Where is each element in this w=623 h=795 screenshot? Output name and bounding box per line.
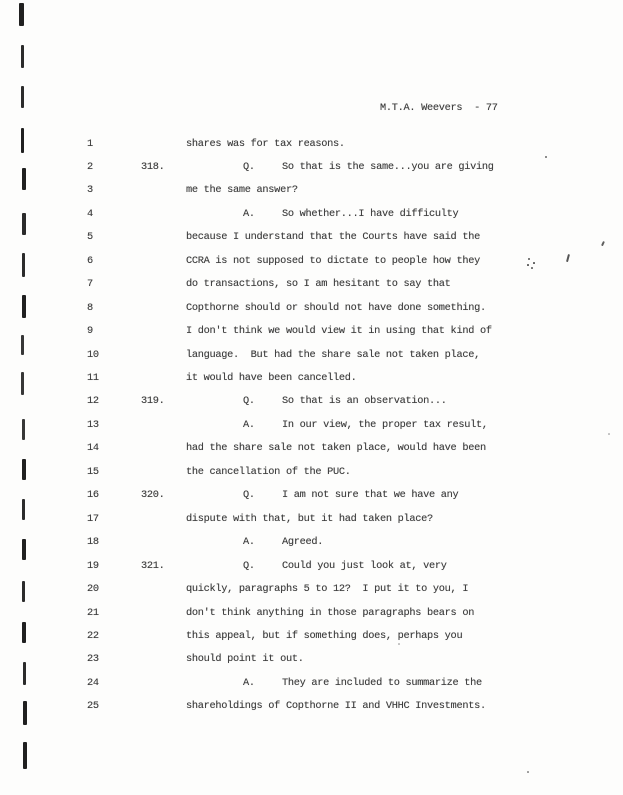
- transcript-line: 21don't think anything in those paragrap…: [0, 607, 623, 630]
- line-text: quickly, paragraphs 5 to 12? I put it to…: [186, 583, 468, 595]
- line-text: So that is the same...you are giving: [282, 161, 494, 173]
- transcript-page: M.T.A. Weevers - 77 1shares was for tax …: [0, 0, 623, 795]
- speaker-label: Q.: [243, 560, 255, 572]
- line-text: Copthorne should or should not have done…: [186, 302, 486, 314]
- transcript-line: 2318.Q.So that is the same...you are giv…: [0, 161, 623, 184]
- transcript-line: 16320.Q.I am not sure that we have any: [0, 489, 623, 512]
- transcript-line: 7do transactions, so I am hesitant to sa…: [0, 278, 623, 301]
- transcript-line: 22this appeal, but if something does, pe…: [0, 630, 623, 653]
- line-number: 10: [87, 349, 99, 361]
- line-number: 21: [87, 607, 99, 619]
- line-text: me the same answer?: [186, 184, 298, 196]
- line-number: 20: [87, 583, 99, 595]
- line-text: the cancellation of the PUC.: [186, 466, 351, 478]
- line-number: 25: [87, 700, 99, 712]
- line-number: 23: [87, 653, 99, 665]
- line-number: 7: [87, 278, 93, 290]
- line-text: had the share sale not taken place, woul…: [186, 442, 486, 454]
- line-number: 12: [87, 395, 99, 407]
- scan-speck: [545, 156, 547, 158]
- binding-mark: [19, 3, 24, 26]
- scan-speck: [527, 264, 529, 266]
- line-text: In our view, the proper tax result,: [282, 419, 488, 431]
- binding-mark: [21, 45, 24, 68]
- line-number: 16: [87, 489, 99, 501]
- line-text: should point it out.: [186, 653, 304, 665]
- line-text: I am not sure that we have any: [282, 489, 458, 501]
- transcript-line: 18A.Agreed.: [0, 536, 623, 559]
- line-number: 1: [87, 138, 93, 150]
- transcript-line: 4A.So whether...I have difficulty: [0, 208, 623, 231]
- line-number: 17: [87, 513, 99, 525]
- line-text: shareholdings of Copthorne II and VHHC I…: [186, 700, 486, 712]
- line-number: 2: [87, 161, 93, 173]
- line-number: 14: [87, 442, 99, 454]
- line-text: because I understand that the Courts hav…: [186, 231, 480, 243]
- line-number: 8: [87, 302, 93, 314]
- line-number: 15: [87, 466, 99, 478]
- speaker-label: Q.: [243, 395, 255, 407]
- transcript-line: 8Copthorne should or should not have don…: [0, 302, 623, 325]
- line-text: So whether...I have difficulty: [282, 208, 458, 220]
- question-number: 318.: [141, 161, 165, 173]
- speaker-label: A.: [243, 419, 255, 431]
- line-text: shares was for tax reasons.: [186, 138, 345, 150]
- transcript-line: 5because I understand that the Courts ha…: [0, 231, 623, 254]
- transcript-line: 12319.Q.So that is an observation...: [0, 395, 623, 418]
- transcript-line: 20quickly, paragraphs 5 to 12? I put it …: [0, 583, 623, 606]
- transcript-line: 23should point it out.: [0, 653, 623, 676]
- line-text: dispute with that, but it had taken plac…: [186, 513, 433, 525]
- transcript-line: 9I don't think we would view it in using…: [0, 325, 623, 348]
- transcript-line: 14had the share sale not taken place, wo…: [0, 442, 623, 465]
- speaker-label: Q.: [243, 489, 255, 501]
- page-header: M.T.A. Weevers - 77: [380, 102, 498, 114]
- question-number: 319.: [141, 395, 165, 407]
- transcript-line: 13A.In our view, the proper tax result,: [0, 419, 623, 442]
- transcript-line: 1shares was for tax reasons.: [0, 138, 623, 161]
- line-text: language. But had the share sale not tak…: [186, 349, 480, 361]
- line-number: 6: [87, 255, 93, 267]
- speaker-label: A.: [243, 208, 255, 220]
- speaker-label: A.: [243, 536, 255, 548]
- scan-speck: [531, 267, 533, 269]
- transcript-line: 15the cancellation of the PUC.: [0, 466, 623, 489]
- scan-speck: [398, 643, 400, 645]
- transcript-line: 3me the same answer?: [0, 184, 623, 207]
- line-text: I don't think we would view it in using …: [186, 325, 492, 337]
- line-number: 9: [87, 325, 93, 337]
- line-text: do transactions, so I am hesitant to say…: [186, 278, 451, 290]
- scan-speck: [608, 433, 610, 435]
- line-text: CCRA is not supposed to dictate to peopl…: [186, 255, 480, 267]
- transcript-line: 11it would have been cancelled.: [0, 372, 623, 395]
- line-number: 11: [87, 372, 99, 384]
- transcript-line: 25shareholdings of Copthorne II and VHHC…: [0, 700, 623, 723]
- transcript-line: 17dispute with that, but it had taken pl…: [0, 513, 623, 536]
- line-text: this appeal, but if something does, perh…: [186, 630, 462, 642]
- scan-speck: [533, 262, 535, 264]
- line-number: 24: [87, 677, 99, 689]
- line-text: Could you just look at, very: [282, 560, 447, 572]
- speaker-label: A.: [243, 677, 255, 689]
- question-number: 320.: [141, 489, 165, 501]
- line-text: it would have been cancelled.: [186, 372, 357, 384]
- scan-speck: [527, 771, 529, 773]
- line-text: They are included to summarize the: [282, 677, 482, 689]
- line-number: 3: [87, 184, 93, 196]
- transcript-line: 19321.Q.Could you just look at, very: [0, 560, 623, 583]
- transcript-line: 10language. But had the share sale not t…: [0, 349, 623, 372]
- line-number: 19: [87, 560, 99, 572]
- scan-speck: [528, 258, 530, 260]
- line-text: So that is an observation...: [282, 395, 447, 407]
- binding-mark: [23, 742, 27, 769]
- line-text: Agreed.: [282, 536, 323, 548]
- line-number: 18: [87, 536, 99, 548]
- transcript-line: 24A.They are included to summarize the: [0, 677, 623, 700]
- binding-mark: [21, 86, 24, 108]
- line-text: don't think anything in those paragraphs…: [186, 607, 474, 619]
- speaker-label: Q.: [243, 161, 255, 173]
- line-number: 13: [87, 419, 99, 431]
- question-number: 321.: [141, 560, 165, 572]
- line-number: 5: [87, 231, 93, 243]
- line-number: 22: [87, 630, 99, 642]
- line-number: 4: [87, 208, 93, 220]
